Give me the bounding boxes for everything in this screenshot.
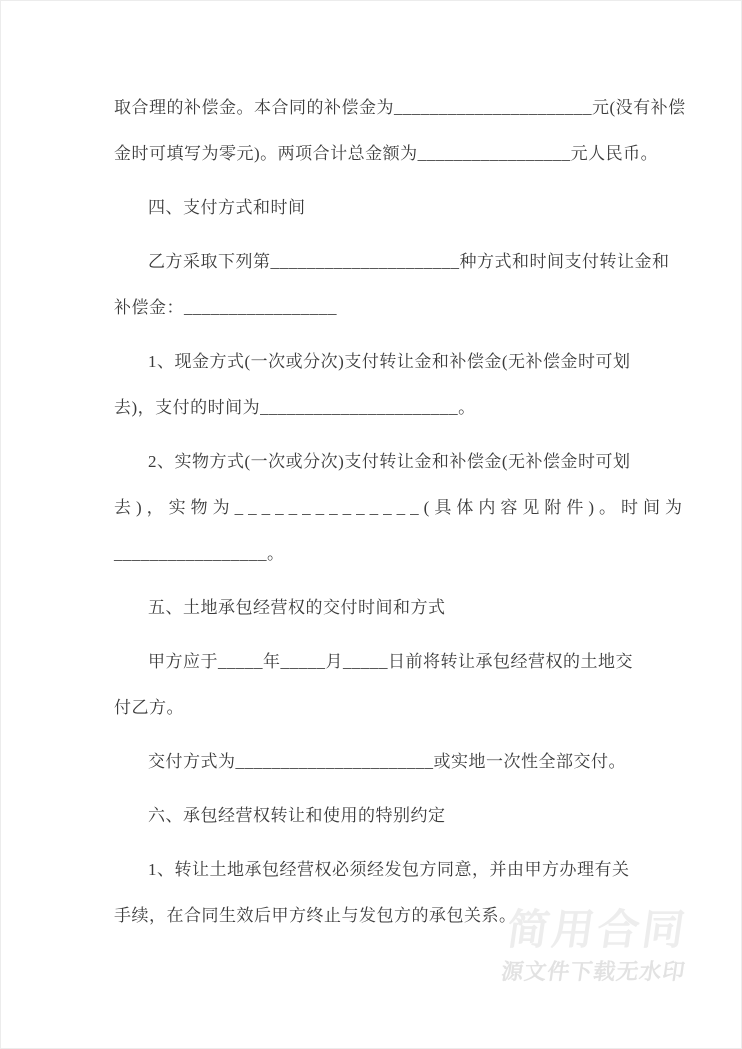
contract-line: 取合理的补偿金。本合同的补偿金为______________________元(… <box>114 85 636 131</box>
paragraph-cash-payment: 1、现金方式(一次或分次)支付转让金和补偿金(无补偿金时可划 去)，支付的时间为… <box>114 339 636 431</box>
paragraph-compensation-amount: 取合理的补偿金。本合同的补偿金为______________________元(… <box>114 85 636 177</box>
contract-line: 交付方式为______________________或实地一次性全部交付。 <box>114 739 636 785</box>
section-heading: 六、承包经营权转让和使用的特别约定 <box>114 793 636 839</box>
contract-line: 去)，支付的时间为______________________。 <box>114 385 636 431</box>
contract-line: 付乙方。 <box>114 685 636 731</box>
contract-line: 1、现金方式(一次或分次)支付转让金和补偿金(无补偿金时可划 <box>114 339 636 385</box>
section-heading: 四、支付方式和时间 <box>114 185 636 231</box>
contract-document-page: 取合理的补偿金。本合同的补偿金为______________________元(… <box>0 0 742 1049</box>
paragraph-section-5-heading: 五、土地承包经营权的交付时间和方式 <box>114 585 636 631</box>
paragraph-delivery-method: 交付方式为______________________或实地一次性全部交付。 <box>114 739 636 785</box>
contract-line: 金时可填写为零元)。两项合计总金额为_________________元人民币。 <box>114 131 636 177</box>
paragraph-transfer-approval: 1、转让土地承包经营权必须经发包方同意，并由甲方办理有关 手续，在合同生效后甲方… <box>114 847 636 939</box>
contract-line: 去)，实物为______________(具体内容见附件)。时间为 <box>114 485 636 531</box>
paragraph-section-4-heading: 四、支付方式和时间 <box>114 185 636 231</box>
paragraph-delivery-date: 甲方应于_____年_____月_____日前将转让承包经营权的土地交 付乙方。 <box>114 639 636 731</box>
document-body: 取合理的补偿金。本合同的补偿金为______________________元(… <box>114 85 636 947</box>
contract-line: 2、实物方式(一次或分次)支付转让金和补偿金(无补偿金时可划 <box>114 439 636 485</box>
contract-line: 补偿金：_________________ <box>114 285 636 331</box>
contract-line: 手续，在合同生效后甲方终止与发包方的承包关系。 <box>114 893 636 939</box>
paragraph-section-6-heading: 六、承包经营权转让和使用的特别约定 <box>114 793 636 839</box>
paragraph-in-kind-payment: 2、实物方式(一次或分次)支付转让金和补偿金(无补偿金时可划 去)，实物为___… <box>114 439 636 577</box>
paragraph-payment-method-selection: 乙方采取下列第_____________________种方式和时间支付转让金和… <box>114 239 636 331</box>
watermark-subtitle: 源文件下载无水印 <box>500 960 687 984</box>
contract-line: _________________。 <box>114 531 636 577</box>
contract-line: 1、转让土地承包经营权必须经发包方同意，并由甲方办理有关 <box>114 847 636 893</box>
section-heading: 五、土地承包经营权的交付时间和方式 <box>114 585 636 631</box>
contract-line: 甲方应于_____年_____月_____日前将转让承包经营权的土地交 <box>114 639 636 685</box>
contract-line: 乙方采取下列第_____________________种方式和时间支付转让金和 <box>114 239 636 285</box>
